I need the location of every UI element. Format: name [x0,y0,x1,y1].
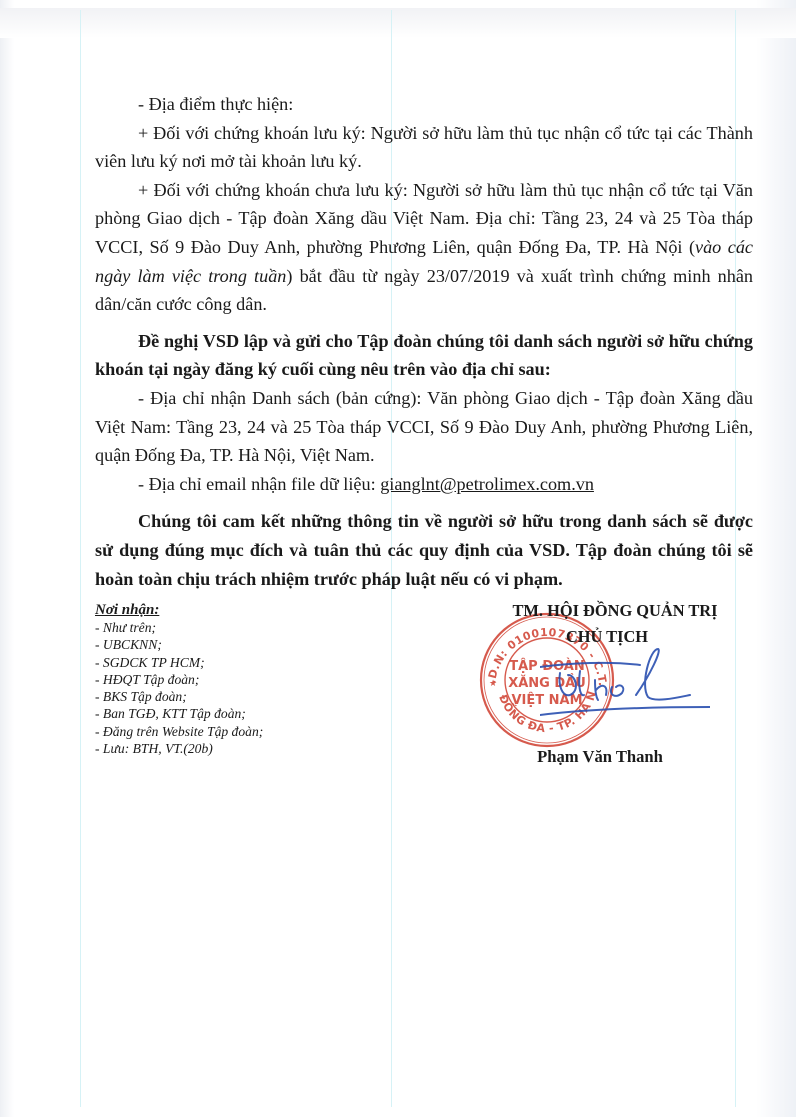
list-item: - BKS Tập đoàn; [95,688,395,705]
signature-block: TM. HỘI ĐỒNG QUẢN TRỊ CHỦ TỊCH Phạm Văn … [470,598,760,650]
venue-undeposited: + Đối với chứng khoán chưa lưu ký: Người… [95,176,753,319]
venue-heading: - Địa điểm thực hiện: [95,90,753,119]
org-line: TM. HỘI ĐỒNG QUẢN TRỊ [470,598,760,624]
list-item: - SGDCK TP HCM; [95,654,395,671]
request-paragraph: Đề nghị VSD lập và gửi cho Tập đoàn chún… [95,327,753,384]
venue-deposited: + Đối với chứng khoán lưu ký: Người sở h… [95,119,753,176]
email-link[interactable]: gianglnt@petrolimex.com.vn [380,474,594,494]
hardcopy-address: - Địa chỉ nhận Danh sách (bản cứng): Văn… [95,384,753,470]
list-item: - HĐQT Tập đoàn; [95,671,395,688]
scan-shadow-top [0,8,796,38]
handwritten-signature [540,645,710,720]
scan-shadow-right [756,0,796,1117]
list-item: - Ban TGĐ, KTT Tập đoàn; [95,705,395,722]
recipients-list: - Như trên; - UBCKNN; - SGDCK TP HCM; - … [95,619,395,757]
list-item: - Đăng trên Website Tập đoàn; [95,723,395,740]
list-item: - Lưu: BTH, VT.(20b) [95,740,395,757]
recipients-heading: Nơi nhận: [95,601,395,619]
scan-shadow-left [0,0,14,1117]
document-body: - Địa điểm thực hiện: + Đối với chứng kh… [95,90,753,593]
svg-text:★: ★ [489,679,497,689]
email-line: - Địa chỉ email nhận file dữ liệu: giang… [95,470,753,499]
list-item: - UBCKNN; [95,636,395,653]
recipients-block: Nơi nhận: - Như trên; - UBCKNN; - SGDCK … [95,601,395,757]
email-label: - Địa chỉ email nhận file dữ liệu: [138,474,380,494]
venue-undeposited-text: + Đối với chứng khoán chưa lưu ký: Người… [95,180,753,257]
guide-line [80,10,81,1107]
commitment-paragraph: Chúng tôi cam kết những thông tin về ngư… [95,507,753,593]
list-item: - Như trên; [95,619,395,636]
